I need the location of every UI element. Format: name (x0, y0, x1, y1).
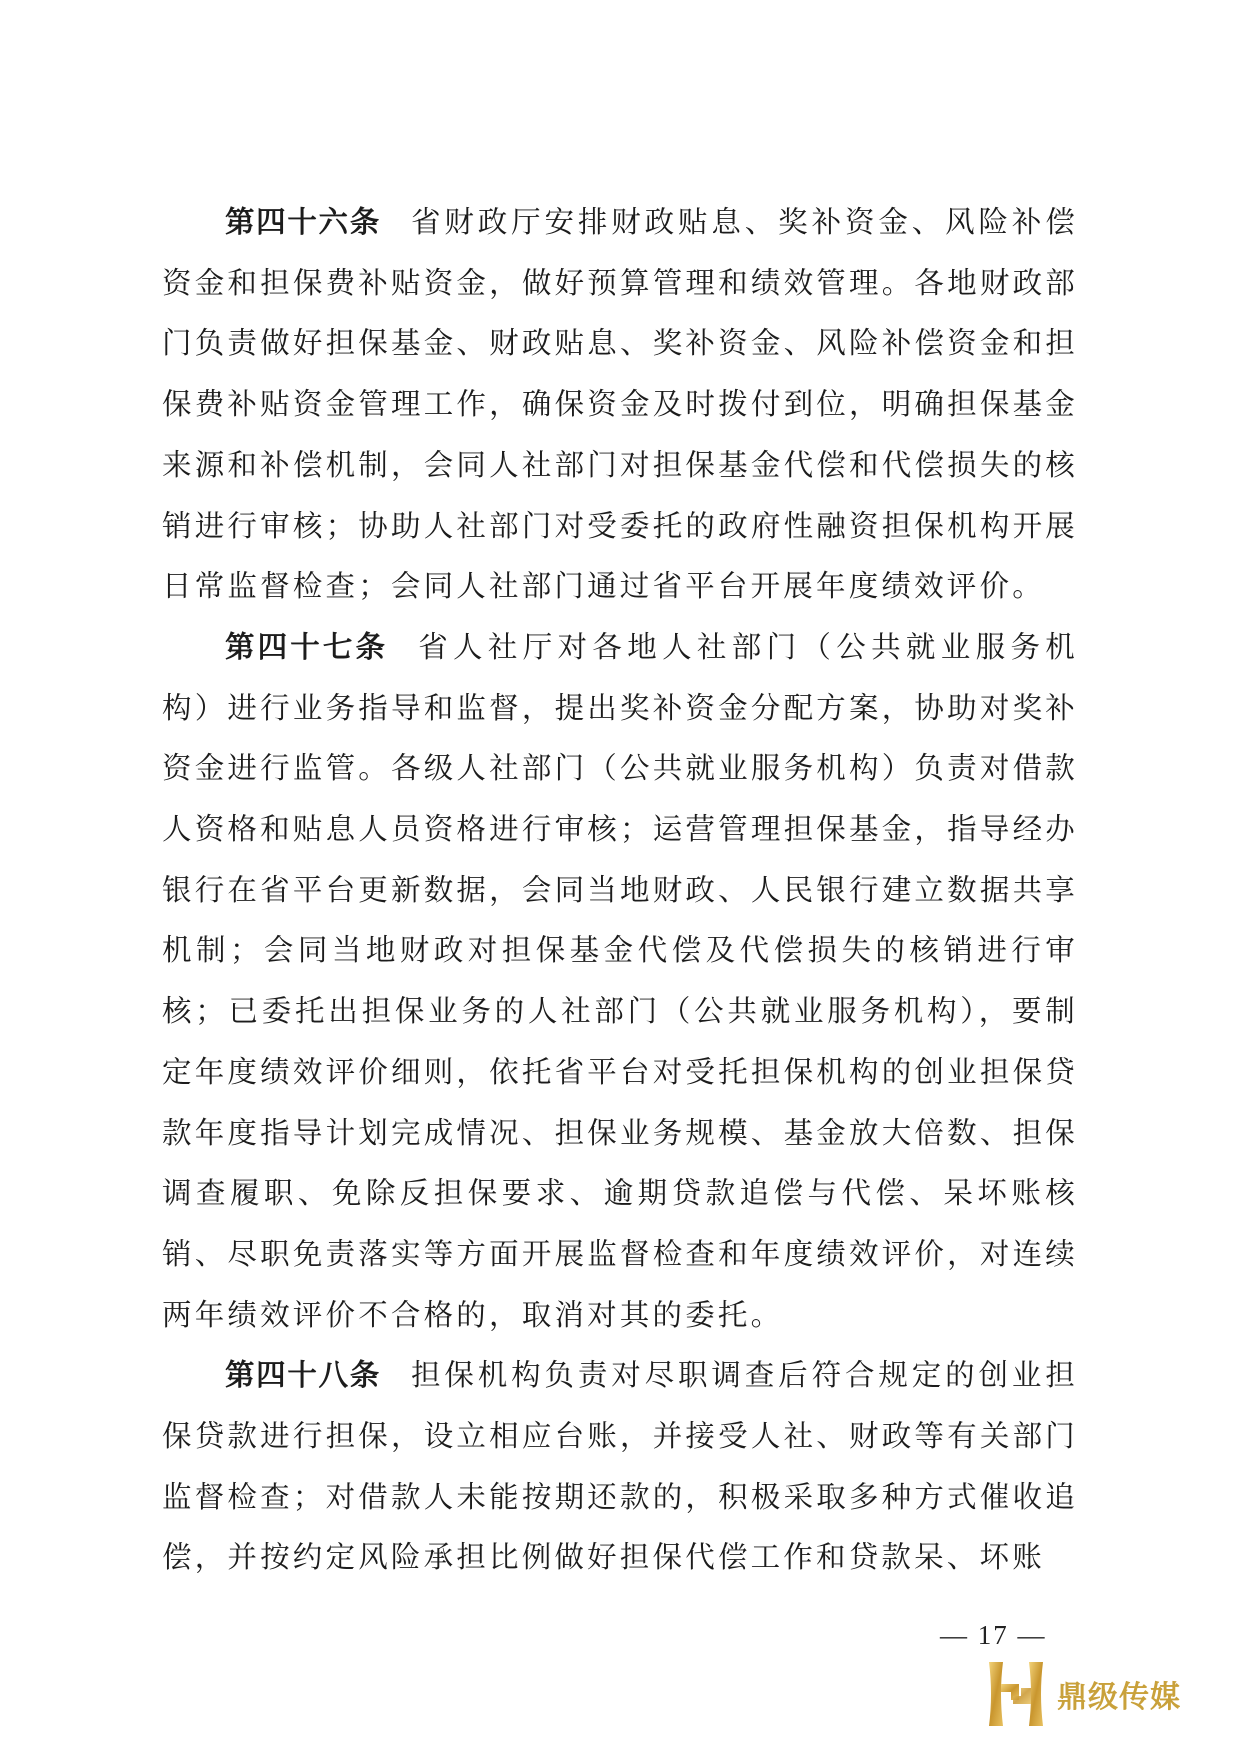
document-body: 第四十六条省财政厅安排财政贴息、奖补资金、风险补偿资金和担保费补贴资金，做好预算… (162, 192, 1078, 1588)
article-paragraph-47: 第四十七条省人社厅对各地人社部门（公共就业服务机构）进行业务指导和监督，提出奖补… (162, 617, 1078, 1345)
article-number: 第四十八条 (225, 1358, 381, 1392)
article-number: 第四十七条 (225, 630, 388, 664)
article-text: 省人社厅对各地人社部门（公共就业服务机构）进行业务指导和监督，提出奖补资金分配方… (162, 630, 1078, 1332)
watermark-text: 鼎级传媒 (1057, 1672, 1181, 1716)
brand-logo-icon (985, 1660, 1047, 1728)
watermark: 鼎级传媒 (985, 1660, 1181, 1728)
article-text: 省财政厅安排财政贴息、奖补资金、风险补偿资金和担保费补贴资金，做好预算管理和绩效… (162, 205, 1078, 603)
article-paragraph-48: 第四十八条担保机构负责对尽职调查后符合规定的创业担保贷款进行担保，设立相应台账，… (162, 1345, 1078, 1588)
article-number: 第四十六条 (225, 205, 381, 239)
article-paragraph-46: 第四十六条省财政厅安排财政贴息、奖补资金、风险补偿资金和担保费补贴资金，做好预算… (162, 192, 1078, 617)
page-number: — 17 — (940, 1620, 1047, 1651)
